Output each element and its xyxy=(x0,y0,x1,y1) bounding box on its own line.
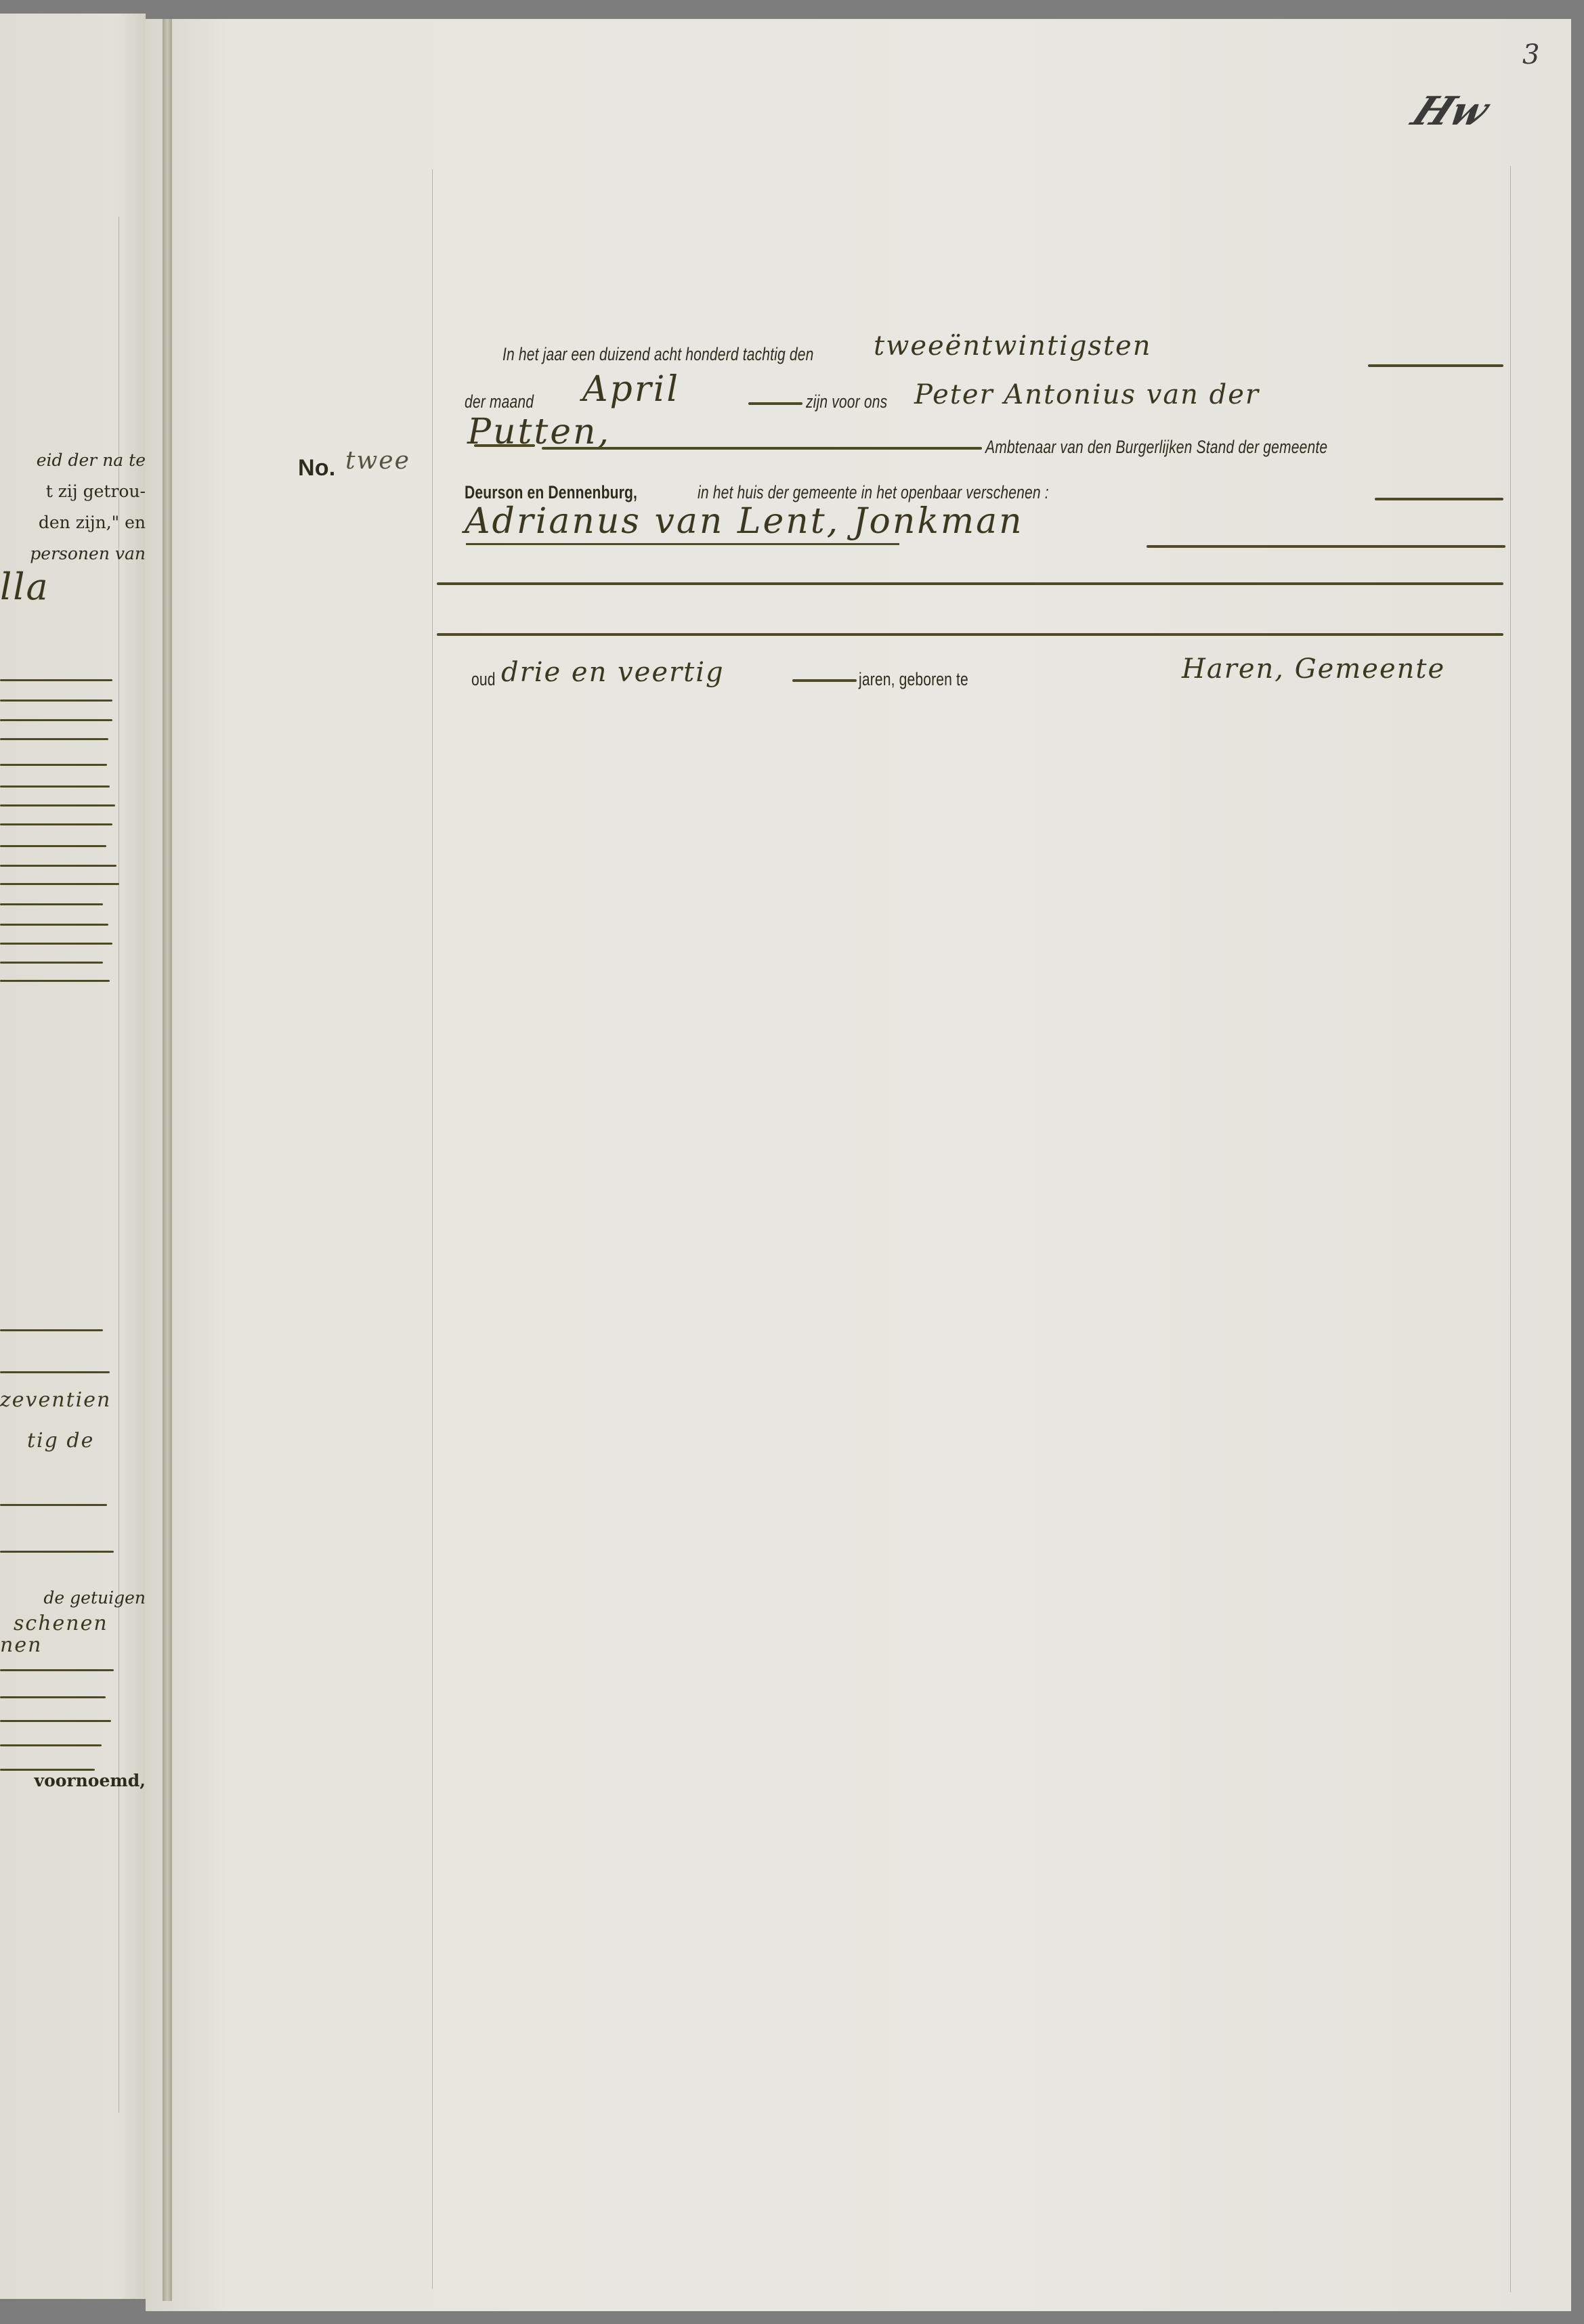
groom-jaren-label: jaren, geboren te xyxy=(859,669,968,690)
left-rule xyxy=(0,1551,114,1553)
left-rule xyxy=(0,679,112,681)
marriage-month: April xyxy=(582,369,680,410)
left-rule xyxy=(0,804,115,806)
left-rule xyxy=(0,883,119,885)
groom-oud-label: oud xyxy=(471,669,496,690)
left-fragment: den zijn," en xyxy=(39,513,146,532)
fill-rule xyxy=(437,582,1503,585)
left-fragment-hand: schenen xyxy=(14,1612,108,1635)
binding-spine xyxy=(163,19,172,2301)
marriage-day: tweeëntwintigsten xyxy=(874,330,1151,362)
left-fragment: personen van xyxy=(30,544,146,563)
left-fragment-hand: tig de xyxy=(27,1429,94,1452)
act-number-value: twee xyxy=(345,447,410,475)
left-rule xyxy=(0,1329,103,1331)
left-page-margin-rule xyxy=(119,217,119,2113)
left-fragment-hand: nen xyxy=(0,1633,42,1657)
fill-rule xyxy=(1147,545,1505,548)
fill-rule xyxy=(1375,498,1503,500)
left-rule xyxy=(0,924,108,926)
underline xyxy=(466,543,899,545)
left-rule xyxy=(0,1371,110,1373)
groom-age: drie en veertig xyxy=(501,657,725,688)
header-line2b: zijn voor ons xyxy=(806,391,887,412)
fill-rule xyxy=(474,444,535,447)
fill-rule xyxy=(437,633,1503,636)
page-number: 3 xyxy=(1522,39,1539,70)
header-line1: In het jaar een duizend acht honderd tac… xyxy=(502,344,813,365)
left-rule xyxy=(0,1696,106,1698)
header-line3: Ambtenaar van den Burgerlijken Stand der… xyxy=(985,437,1327,458)
left-fragment-hand: zeventien xyxy=(0,1388,111,1412)
municipality: Deurson en Dennenburg, xyxy=(465,482,637,503)
left-rule xyxy=(0,738,108,740)
left-rule xyxy=(0,823,112,825)
left-fragment: de getuigen xyxy=(43,1588,146,1608)
right-margin-rule xyxy=(1510,166,1511,2292)
left-rule xyxy=(0,719,112,721)
left-rule xyxy=(0,845,106,847)
fill-rule xyxy=(542,447,982,450)
left-page xyxy=(0,14,146,2299)
left-rule xyxy=(0,764,107,766)
right-page xyxy=(146,19,1571,2311)
left-rule xyxy=(0,903,103,905)
left-fragment: t zij getrou- xyxy=(46,481,146,501)
left-fragment-hand: lla xyxy=(0,565,49,608)
left-rule xyxy=(0,980,110,982)
header-line4: in het huis der gemeente in het openbaar… xyxy=(698,482,1049,503)
left-rule xyxy=(0,1720,111,1722)
left-fragment: eid der na te xyxy=(37,450,146,470)
left-fragment: voornoemd, xyxy=(35,1771,146,1790)
left-rule xyxy=(0,962,103,964)
fill-rule xyxy=(748,402,802,405)
left-rule xyxy=(0,1744,102,1746)
left-rule xyxy=(0,1669,114,1671)
left-rule xyxy=(0,700,112,702)
left-rule xyxy=(0,786,110,788)
groom-name: Adrianus van Lent, Jonkman xyxy=(465,501,1024,542)
fill-rule xyxy=(792,679,857,682)
margin-rule xyxy=(432,169,433,2289)
act-number-label: No. xyxy=(298,455,335,481)
left-rule xyxy=(0,865,116,867)
fill-rule xyxy=(1368,364,1503,367)
groom-birthplace: Haren, Gemeente xyxy=(1182,653,1445,685)
left-rule xyxy=(0,1769,95,1771)
official-name-1: Peter Antonius van der xyxy=(914,379,1260,410)
left-rule xyxy=(0,1504,107,1506)
left-rule xyxy=(0,943,112,945)
header-line2a: der maand xyxy=(465,391,534,412)
